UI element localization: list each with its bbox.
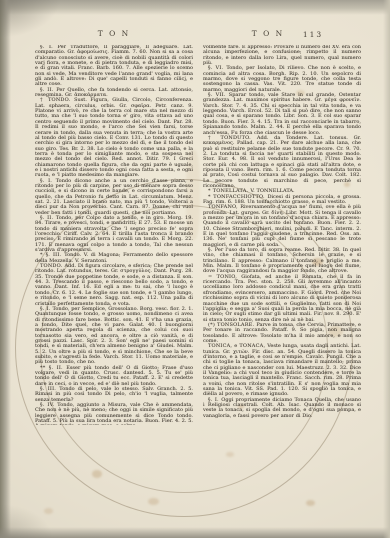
foxing-stain bbox=[92, 470, 102, 478]
dictionary-paragraph: TONICA, e TONACA, Veste lunga, usata dag… bbox=[203, 344, 361, 397]
dictionary-paragraph: §. VI. Tondo, per Isolato, Di rilievo. C… bbox=[203, 66, 361, 93]
dictionary-paragraph: §. Per l'uso da toro, di sopra reame. Re… bbox=[203, 248, 361, 275]
entry-lead: §. III. bbox=[40, 386, 59, 392]
entry-lead: §. II. bbox=[40, 215, 56, 221]
entry-lead: ** §. II. bbox=[40, 365, 66, 371]
entry-lead: (*) TONSOLARE. bbox=[208, 322, 256, 328]
entry-lead: † TONDO. bbox=[40, 97, 74, 103]
entry-lead: §. I. bbox=[40, 178, 56, 184]
scan-edge-right bbox=[383, 0, 390, 538]
dictionary-paragraph: TONFANO, Riversamento d'acqua ne' fiumi,… bbox=[203, 205, 361, 248]
entry-lead: §. II. bbox=[40, 87, 56, 93]
entry-lead: TONFANO, bbox=[208, 204, 240, 210]
scanned-book-page: T O N T O N 113 §. I. Per Traduttore, Il… bbox=[0, 0, 390, 538]
entry-lead: §. VI. bbox=[208, 65, 226, 71]
dictionary-paragraph: ** §. II. Esser più tondo dell' O di Gio… bbox=[35, 366, 193, 387]
dictionary-paragraph: §. I. Tondo, per Semplice, Grossolano. B… bbox=[35, 307, 193, 366]
dictionary-paragraph: §. II. Tondo, per Colpo dato a tondo, e … bbox=[35, 216, 193, 253]
dictionary-paragraph: = TONIO, Giofata, ed anche il Romata, ch… bbox=[203, 275, 361, 323]
scan-edge-left bbox=[0, 0, 11, 538]
entry-lead: TONDO. bbox=[40, 263, 64, 269]
dictionary-paragraph: TONDO. Add. Di figura circolare, e sferi… bbox=[35, 264, 193, 307]
entry-lead: §. bbox=[208, 247, 215, 253]
dictionary-paragraph: (*) TONSOLARE. Parve in tonsa, che Cervi… bbox=[203, 323, 361, 344]
entry-lead: §. IV. bbox=[40, 402, 57, 408]
dictionary-paragraph: † TONDUTO. Add. da Tondere. Lat. tonsus.… bbox=[203, 136, 361, 189]
text-column-left: §. I. Per Traduttore, Il paraggiare, Il … bbox=[35, 45, 193, 425]
dictionary-paragraph: volmente fare. E appresso: Provare il nu… bbox=[203, 45, 361, 66]
dictionary-paragraph: §. III. Tondo di pelo, vale lo stesso. S… bbox=[35, 387, 193, 403]
entry-lead: §. I. bbox=[40, 306, 52, 312]
entry-lead: = TONIO, bbox=[208, 274, 241, 280]
dictionary-paragraph: † TONDO. Sust. Figura, Giulla, Circolo, … bbox=[35, 98, 193, 178]
entry-lead: §. VII. bbox=[208, 92, 229, 98]
text-column-right: volmente fare. E appresso: Provare il nu… bbox=[203, 45, 361, 425]
dictionary-paragraph: §. VII. Sparar tondo, vale Stare in sul … bbox=[203, 93, 361, 136]
dictionary-paragraph: §. I. Oggi propriamente diciamo Tonaca Q… bbox=[203, 398, 361, 419]
entry-lead: * §. III. bbox=[40, 252, 64, 258]
foxing-stain bbox=[148, 498, 159, 505]
dictionary-paragraph: §. I. Per Traduttore, Il paraggiare, Il … bbox=[35, 45, 193, 88]
foxing-stain bbox=[306, 500, 315, 506]
scan-corner-shadow-bottom-left bbox=[0, 498, 60, 538]
foxing-stain bbox=[226, 452, 234, 457]
scan-corner-shadow-top-left bbox=[0, 0, 70, 45]
entry-lead: * TONFACCHIOTTO. bbox=[208, 194, 267, 200]
entry-lead: TONICA, e TONACA, bbox=[208, 343, 267, 349]
entry-lead: §. I. bbox=[208, 397, 221, 403]
page-number: 113 bbox=[294, 30, 332, 39]
dictionary-paragraph: §. IV. Tondo, aggiunto a Misura, vale Ch… bbox=[35, 403, 193, 425]
entry-lead: † TONDUTO. bbox=[208, 135, 257, 141]
entry-lead: §. I. bbox=[40, 45, 58, 50]
dictionary-paragraph: §. I. Tondo dicono anche a un cerchio d'… bbox=[35, 179, 193, 216]
